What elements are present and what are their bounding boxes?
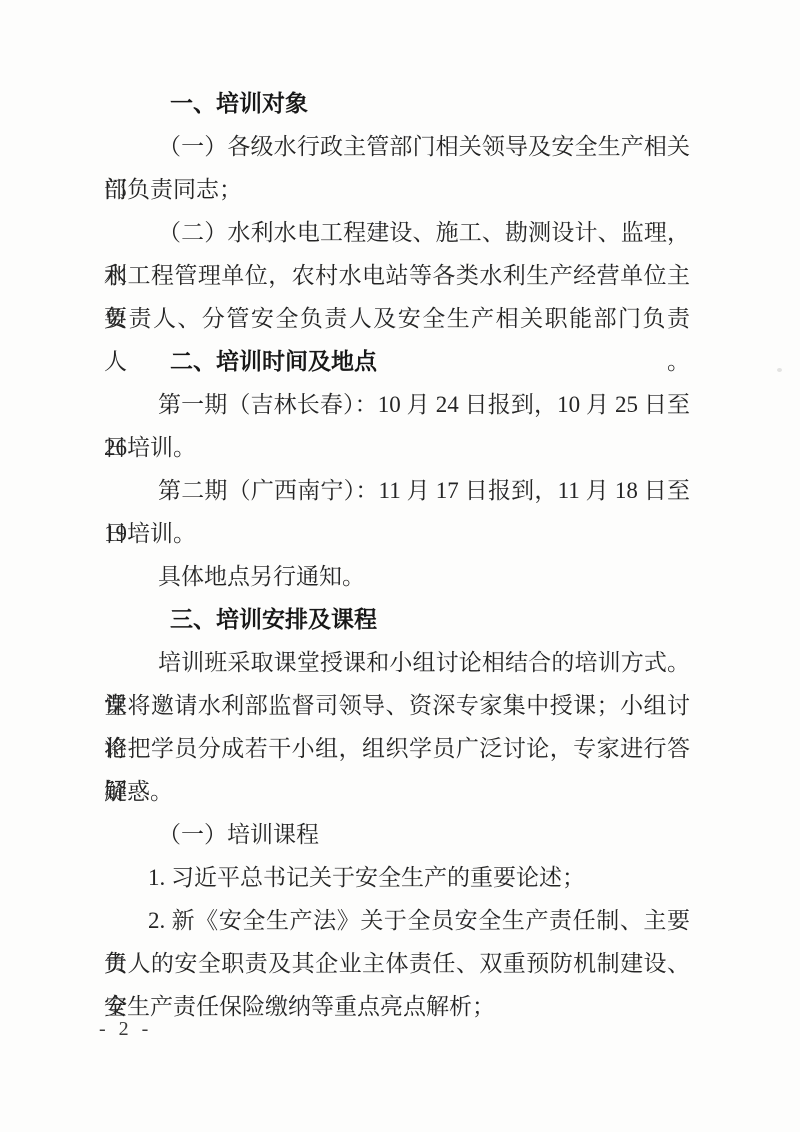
section-heading-training-arrangement: 三、培训安排及课程 <box>104 598 690 641</box>
doc-line: （一）各级水行政主管部门相关领导及安全生产相关部 <box>104 125 690 168</box>
doc-line: （二）水利水电工程建设、施工、勘测设计、监理，水 <box>104 211 690 254</box>
section-heading-training-targets: 一、培训对象 <box>104 82 690 125</box>
doc-line: 全生产责任保险缴纳等重点亮点解析； <box>104 985 690 1028</box>
doc-line: 具体地点另行通知。 <box>104 555 690 598</box>
doc-line: 日培训。 <box>104 426 690 469</box>
doc-line: 将把学员分成若干小组，组织学员广泛讨论，专家进行答疑 <box>104 727 690 770</box>
doc-line: 负责人、分管安全负责人及安全生产相关职能部门负责人。 <box>104 297 690 340</box>
scan-speck <box>777 368 782 372</box>
doc-line: 利工程管理单位，农村水电站等各类水利生产经营单位主要 <box>104 254 690 297</box>
doc-line: 门负责同志； <box>104 168 690 211</box>
doc-line: 培训班采取课堂授课和小组讨论相结合的培训方式。课 <box>104 641 690 684</box>
doc-line: 日培训。 <box>104 512 690 555</box>
doc-line: 责人的安全职责及其企业主体责任、双重预防机制建设、安 <box>104 942 690 985</box>
doc-line-course-item-2: 2. 新《安全生产法》关于全员安全生产责任制、主要负 <box>104 899 690 942</box>
doc-line: 第二期（广西南宁）：11 月 17 日报到，11 月 18 日至 19 <box>104 469 690 512</box>
doc-line-course-item-1: 1. 习近平总书记关于安全生产的重要论述； <box>104 856 690 899</box>
doc-line: 第一期（吉林长春）：10 月 24 日报到，10 月 25 日至 26 <box>104 383 690 426</box>
document-body: 一、培训对象 （一）各级水行政主管部门相关领导及安全生产相关部 门负责同志； （… <box>104 82 690 1028</box>
doc-line: 堂将邀请水利部监督司领导、资深专家集中授课；小组讨论 <box>104 684 690 727</box>
scanned-document-page: 一、培训对象 （一）各级水行政主管部门相关领导及安全生产相关部 门负责同志； （… <box>0 0 800 1132</box>
doc-line: 解惑。 <box>104 770 690 813</box>
page-number: - 2 - <box>99 1014 152 1044</box>
doc-subheading-training-courses: （一）培训课程 <box>104 813 690 856</box>
